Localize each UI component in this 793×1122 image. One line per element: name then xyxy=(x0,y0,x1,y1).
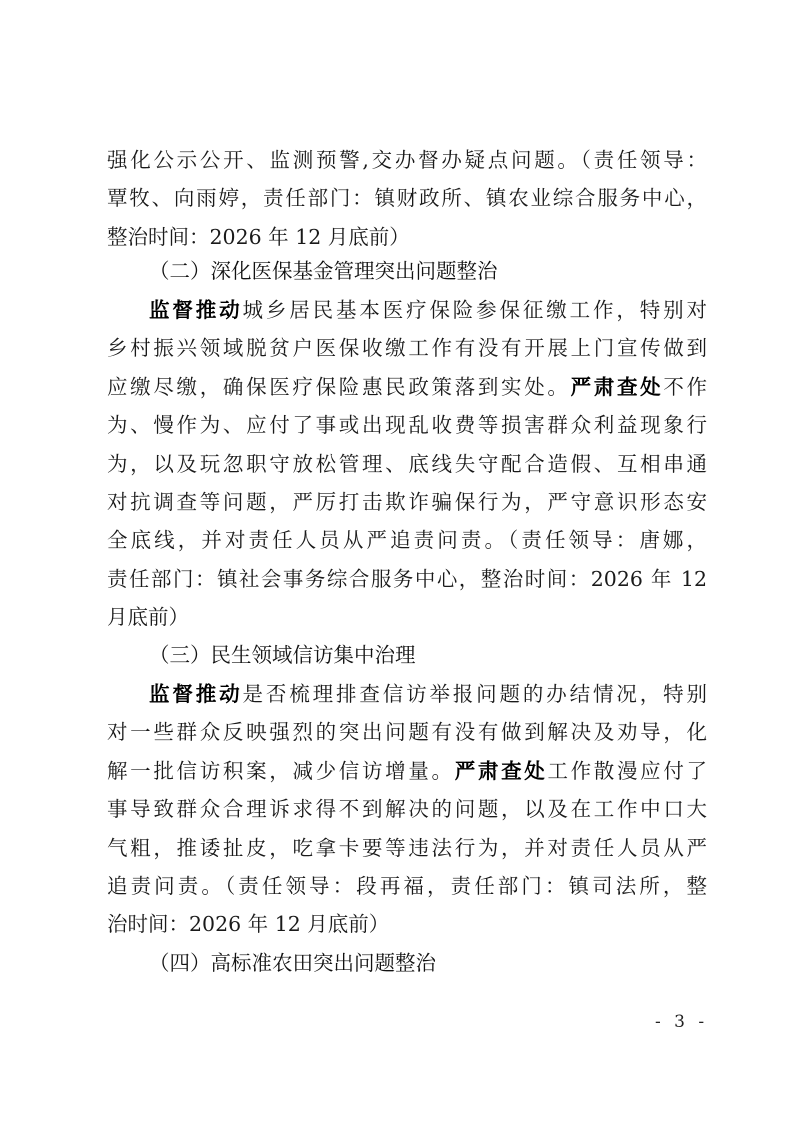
line-text: 解一批信访积案，减少信访增量。 xyxy=(107,759,455,783)
line-text: 城乡居民基本医疗保险参保征缴工作，特别对 xyxy=(242,298,707,322)
paragraph-line: 监督推动是否梳理排查信访举报问题的办结情况，特别 xyxy=(149,675,707,713)
section-heading-4: （四）高标准农田突出问题整治 xyxy=(149,944,436,982)
line-text: 不作 xyxy=(663,375,707,399)
paragraph-line: 月底前） xyxy=(107,598,707,636)
paragraph-line: 为，以及玩忽职守放松管理、底线失守配合造假、互相串通 xyxy=(107,445,707,483)
paragraph-line: 乡村振兴领域脱贫户医保收缴工作有没有开展上门宣传做到 xyxy=(107,329,707,367)
line-text: 应缴尽缴，确保医疗保险惠民政策落到实处。 xyxy=(107,375,571,399)
paragraph-line: 责任部门：镇社会事务综合服务中心，整治时间：2026 年 12 xyxy=(107,560,707,598)
paragraph-line: 应缴尽缴，确保医疗保险惠民政策落到实处。严肃查处不作 xyxy=(107,368,707,406)
paragraph-line: 为、慢作为、应付了事或出现乱收费等损害群众利益现象行 xyxy=(107,406,707,444)
paragraph-line: 全底线，并对责任人员从严追责问责。（责任领导：唐娜， xyxy=(107,521,707,559)
line-text: 是否梳理排查信访举报问题的办结情况，特别 xyxy=(242,682,707,706)
paragraph-line: 治时间：2026 年 12 月底前） xyxy=(107,905,707,943)
paragraph-line: 覃牧、向雨婷，责任部门：镇财政所、镇农业综合服务中心， xyxy=(107,179,707,217)
section-heading-3: （三）民生领域信访集中治理 xyxy=(149,636,416,674)
paragraph-line: 监督推动城乡居民基本医疗保险参保征缴工作，特别对 xyxy=(149,291,707,329)
document-page: 强化公示公开、监测预警,交办督办疑点问题。（责任领导： 覃牧、向雨婷，责任部门：… xyxy=(0,0,793,1122)
paragraph-line: 整治时间：2026 年 12 月底前） xyxy=(107,218,707,256)
bold-keyword: 严肃查处 xyxy=(455,759,548,783)
paragraph-line: 事导致群众合理诉求得不到解决的问题，以及在工作中口大 xyxy=(107,790,707,828)
paragraph-line: 追责问责。（责任领导：段再福，责任部门：镇司法所，整 xyxy=(107,867,707,905)
paragraph-line: 解一批信访积案，减少信访增量。严肃查处工作散漫应付了 xyxy=(107,752,707,790)
page-number: - 3 - xyxy=(655,1012,708,1032)
line-text: 工作散漫应付了 xyxy=(547,759,707,783)
paragraph-line: 强化公示公开、监测预警,交办督办疑点问题。（责任领导： xyxy=(107,141,707,179)
bold-keyword: 监督推动 xyxy=(149,298,242,322)
paragraph-line: 对一些群众反映强烈的突出问题有没有做到解决及劝导，化 xyxy=(107,713,707,751)
bold-keyword: 严肃查处 xyxy=(571,375,664,399)
paragraph-line: 对抗调查等问题，严厉打击欺诈骗保行为，严守意识形态安 xyxy=(107,483,707,521)
section-heading-2: （二）深化医保基金管理突出问题整治 xyxy=(149,252,498,290)
paragraph-line: 气粗，推诿扯皮，吃拿卡要等违法行为，并对责任人员从严 xyxy=(107,829,707,867)
bold-keyword: 监督推动 xyxy=(149,682,242,706)
